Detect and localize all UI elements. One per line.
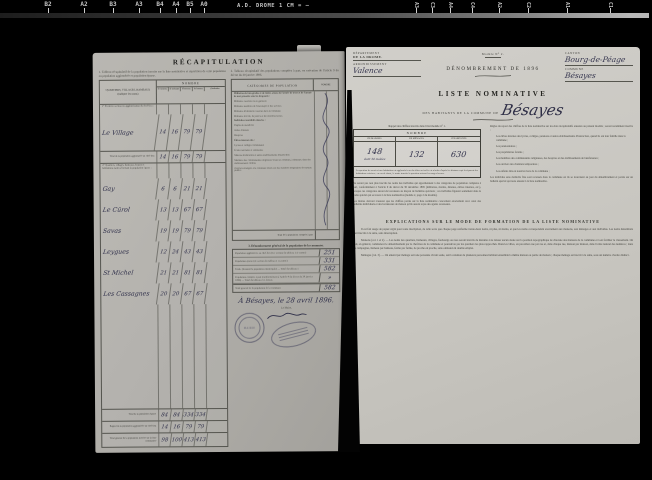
hamlet-name: Le Village <box>98 114 160 150</box>
category-item: Ouvriers étrangers à la commune réunis s… <box>232 166 314 174</box>
total-eparse-label: Total de la population éparse <box>102 409 159 420</box>
archive-label: A.D. DROME <box>237 3 275 9</box>
ruler-label: B5 <box>186 1 193 8</box>
col-header: de femmes <box>193 87 205 91</box>
total-row: Total général de la population inscrite … <box>102 432 227 447</box>
hamlet-name: Gay <box>99 178 159 199</box>
col-header: d'individus <box>205 87 225 92</box>
count-cell: 79 <box>194 421 207 432</box>
recap-box: NOMBRE DE MAISONS DE MÉNAGES D'HABITANTS… <box>353 129 481 178</box>
commune-script-name: Bésayes <box>500 101 565 119</box>
explanation-paragraph: Il est fait usage de papier réglé pour t… <box>353 228 633 236</box>
note-paragraph: Ne seront pas non plus inscrits les noms… <box>353 182 481 197</box>
hamlet-name: Les Cassagnes <box>100 283 160 304</box>
col-header: d'hommes <box>181 87 193 91</box>
total-apart-label: Total de la population comptée à part <box>233 230 315 240</box>
recap-box-column: Rappel des chiffres inscrits dans l'état… <box>353 125 481 210</box>
microfilm-scan-viewer: B2 A2 B3 A3 B4 A4 B5 A0 A.D. DROME 1 CM … <box>0 0 652 480</box>
table-row: Les Cassagnes 20 20 67 67 <box>101 283 226 305</box>
note-paragraph: Les propriétaires forains ; <box>490 151 633 155</box>
count-value: 582 <box>319 265 340 272</box>
list-title: LISTE NOMINATIVE <box>353 90 633 98</box>
note-paragraph: Les pensionnaires ; <box>490 145 633 149</box>
count-value: 582 <box>319 284 340 291</box>
note-paragraph: Les élèves internes des lycées, collèges… <box>490 135 633 142</box>
instructions-column: Règles du report des chiffres de la list… <box>490 125 633 210</box>
page-header: DÉPARTEMENT DE LA DROME. ARRONDISSEMENT … <box>353 52 633 84</box>
nombre-header: NOMBRE <box>354 130 480 137</box>
hamlet-name: Savas <box>99 220 159 241</box>
recap-title: RÉCAPITULATION <box>99 57 339 67</box>
header-center: Modèle N° 2. DÉNOMBREMENT DE 1896 <box>421 52 565 78</box>
ruler-label: A0 <box>200 1 207 8</box>
left-page-scan: RÉCAPITULATION 1. Tableau récapitulatif … <box>93 51 348 453</box>
mayor-label: Le Maire, <box>232 306 340 310</box>
nombre-header: NOMBRE <box>314 79 338 90</box>
note-paragraph: Les individus sans domicile fixe sont re… <box>490 176 633 183</box>
col-header: D'HABITANTS <box>438 137 480 141</box>
count-label: Population éparse (2e section du tableau… <box>233 257 319 265</box>
total-row: Total de la population agglomérée au che… <box>100 150 225 163</box>
menages-count: 132 <box>408 150 425 159</box>
note-paragraph: Les membres des communautés religieuses,… <box>490 157 633 161</box>
table-row: Leygues 12 24 43 43 <box>101 241 226 263</box>
table-row: St Michel 21 21 81 81 <box>101 262 226 284</box>
explanation-paragraph: Ménages (col. 3). — On entend par ménage… <box>353 254 633 258</box>
count-label: Population comptée à part (conformément … <box>233 273 319 283</box>
ruler-label: A4 <box>172 1 179 8</box>
count-cell: 334 <box>194 409 207 420</box>
note-paragraph: Les enfants mis en nourrice hors de la c… <box>490 170 633 174</box>
note-paragraph: Les ouvriers des chantiers temporaires ; <box>490 163 633 167</box>
left-notes: Ne seront pas non plus inscrits les noms… <box>353 182 481 207</box>
count-label: Population agglomérée au chef-lieu (1re … <box>233 249 319 257</box>
count-value: 331 <box>319 257 340 264</box>
table-row: Gay 6 6 21 21 <box>100 178 225 200</box>
canton-block: CANTON Bourg-de-Péage COMMUNE Bésayes <box>565 52 633 84</box>
table-row: Le Cürol 13 13 67 67 <box>101 199 226 221</box>
explanation-paragraph: Maisons (col. 1 et 2). — Les noms des qu… <box>353 239 633 251</box>
counted-apart-table: CATÉGORIES DE POPULATION NOMBRE Militair… <box>231 78 340 241</box>
list-subtitle: DES HABITANTS DE LA COMMUNE DE <box>423 111 499 115</box>
ruler-label: B2 <box>44 1 51 8</box>
table-row: Savas 19 19 79 79 <box>101 220 226 242</box>
explanations-title: EXPLICATIONS SUR LE MODE DE FORMATION DE… <box>353 219 633 224</box>
count-value: 251 <box>319 249 340 256</box>
count-label: Totale (formant la population municipale… <box>233 265 319 273</box>
count-cell: 413 <box>194 433 208 446</box>
recap-table2-column: 2. Tableau récapitulatif des populations… <box>231 68 342 447</box>
total-agglo-label: Total de la population agglomérée au che… <box>100 151 157 162</box>
section3-title: 3. Dénombrement général de la population… <box>232 243 340 248</box>
general-count-table: Population agglomérée au chef-lieu (1re … <box>232 248 340 293</box>
total-row: Rappel de la population agglomérée au ch… <box>102 420 227 433</box>
categories-header: CATÉGORIES DE POPULATION <box>232 79 314 91</box>
note-paragraph: Les maires devront s'assurer que les chi… <box>353 200 481 207</box>
section1-label: 1° Première section ou agglomération du … <box>100 104 157 114</box>
col-header: DE MAISONS <box>354 137 396 141</box>
mayor-signature <box>264 309 308 321</box>
table2-intro: 2. Tableau récapitulatif des populations… <box>231 68 339 77</box>
total-general-label: Total général de la population inscrite … <box>102 433 159 446</box>
table-row: Le Village 14 16 79 79 <box>100 114 225 151</box>
hamlet-name: Le Cürol <box>99 199 159 220</box>
ruler-bar <box>0 13 649 18</box>
signature-zone: À Bésayes, le 28 avril 1896. Le Maire, M… <box>232 296 340 361</box>
explanations-section: EXPLICATIONS SUR LE MODE DE FORMATION DE… <box>353 219 633 259</box>
oval-stamp <box>268 317 319 352</box>
scale-label: 1 CM = — <box>279 3 310 9</box>
dateline: À Bésayes, le 28 avril 1896. <box>232 296 341 305</box>
department-value: DE LA DROME. <box>353 55 421 59</box>
hamlet-name: St Michel <box>100 262 160 283</box>
col-header: de ménages <box>169 87 181 91</box>
table1-intro: 1. Tableau récapitulatif de la populatio… <box>99 69 226 78</box>
count-row: Total général de la population de la com… <box>233 283 339 292</box>
habitants-count: 630 <box>451 150 468 159</box>
recap-box-caption: Rappel des chiffres inscrits dans l'état… <box>353 125 481 128</box>
count-value: » <box>319 273 340 282</box>
census-title: DÉNOMBREMENT DE 1896 <box>446 67 539 72</box>
right-page-scan: DÉPARTEMENT DE LA DROME. ARRONDISSEMENT … <box>346 47 640 444</box>
department-block: DÉPARTEMENT DE LA DROME. ARRONDISSEMENT … <box>353 52 421 79</box>
round-stamp: MAIRIE <box>234 313 264 343</box>
note-paragraph: Règles du report des chiffres de la list… <box>490 125 633 132</box>
flourish-divider <box>475 74 511 78</box>
nil-entries-squiggle <box>312 91 339 229</box>
col-header: de maisons <box>157 87 169 91</box>
rappel-label: Rappel de la population agglomérée au ch… <box>102 421 159 432</box>
list-subtitle-row: DES HABITANTS DE LA COMMUNE DE Bésayes <box>353 100 633 118</box>
ruler-label: B3 <box>109 1 116 8</box>
canton-value: Bourg-de-Péage <box>564 55 633 64</box>
table1-name-subheader: (indiquer les noms) <box>101 92 155 96</box>
col-header: DE MÉNAGES <box>396 137 438 141</box>
count-label: Total général de la population de la com… <box>233 284 319 292</box>
recap-footnote: La question de savoir si une habitation … <box>354 166 480 177</box>
population-table: QUARTIERS, VILLAGES, HAMEAUX (indiquer l… <box>99 79 229 448</box>
model-label: Modèle N° 2. <box>482 52 504 56</box>
ruler-label: B4 <box>156 1 163 8</box>
section2-label: 2° Quartiers, villages, hameaux, fermes … <box>100 163 157 178</box>
maisons-count: 148 <box>366 147 383 156</box>
recap-table1-column: 1. Tableau récapitulatif de la populatio… <box>99 69 229 448</box>
maisons-note: dont 30 isolées <box>364 157 386 161</box>
commune-value: Bésayes <box>564 71 633 80</box>
ruler-label: A3 <box>135 1 142 8</box>
count-cell: 79 <box>193 151 206 162</box>
ruler-label: A2 <box>80 1 87 8</box>
total-row: Total de la population éparse 84 84 334 … <box>102 408 227 421</box>
hamlet-name: Leygues <box>100 241 160 262</box>
arrondissement-value: Valence <box>352 66 421 75</box>
